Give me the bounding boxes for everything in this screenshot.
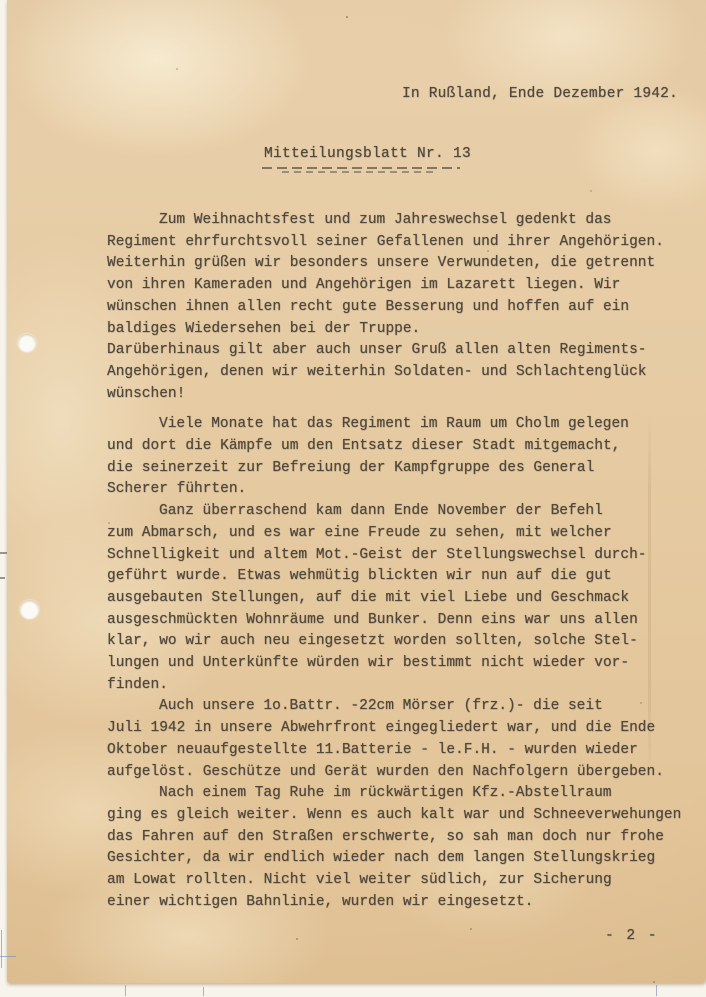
page-title: Mitteilungsblatt Nr. 13 — [264, 146, 471, 162]
document-page: In Rußland, Ende Dezember 1942. Mitteilu… — [7, 0, 706, 983]
paragraph-greeting: Zum Weihnachtsfest und zum Jahreswechsel… — [107, 210, 685, 405]
page-number: - 2 - — [605, 928, 659, 944]
scan-artifact-line — [0, 956, 16, 957]
scan-artifact-line — [1, 930, 2, 968]
paragraph-batterien: Auch unsere 1o.Battr. -22cm Mörser (frz.… — [107, 696, 685, 783]
scan-artifact-line — [125, 985, 126, 996]
paragraph-verlegung: Nach einem Tag Ruhe im rückwärtigen Kfz.… — [107, 783, 685, 913]
title-underline-dashes-secondary — [282, 171, 437, 173]
scan-artifact-line — [203, 987, 204, 996]
scan-artifact-tick — [0, 577, 5, 579]
paragraph-abmarsch: Ganz überraschend kam dann Ende November… — [107, 501, 685, 696]
title-underline-dashes — [262, 167, 460, 169]
scan-artifact-tick — [0, 552, 7, 554]
punch-hole-bottom — [20, 600, 39, 619]
letter-body: Zum Weihnachtsfest und zum Jahreswechsel… — [107, 210, 685, 914]
punch-hole-top — [18, 334, 36, 352]
paragraph-cholm: Viele Monate hat das Regiment im Raum um… — [107, 414, 685, 501]
scan-artifact-line — [656, 985, 657, 996]
dateline: In Rußland, Ende Dezember 1942. — [402, 86, 678, 102]
scan-background: In Rußland, Ende Dezember 1942. Mitteilu… — [0, 0, 706, 997]
paper-specks — [7, 0, 9, 2]
title-underline — [262, 167, 460, 173]
